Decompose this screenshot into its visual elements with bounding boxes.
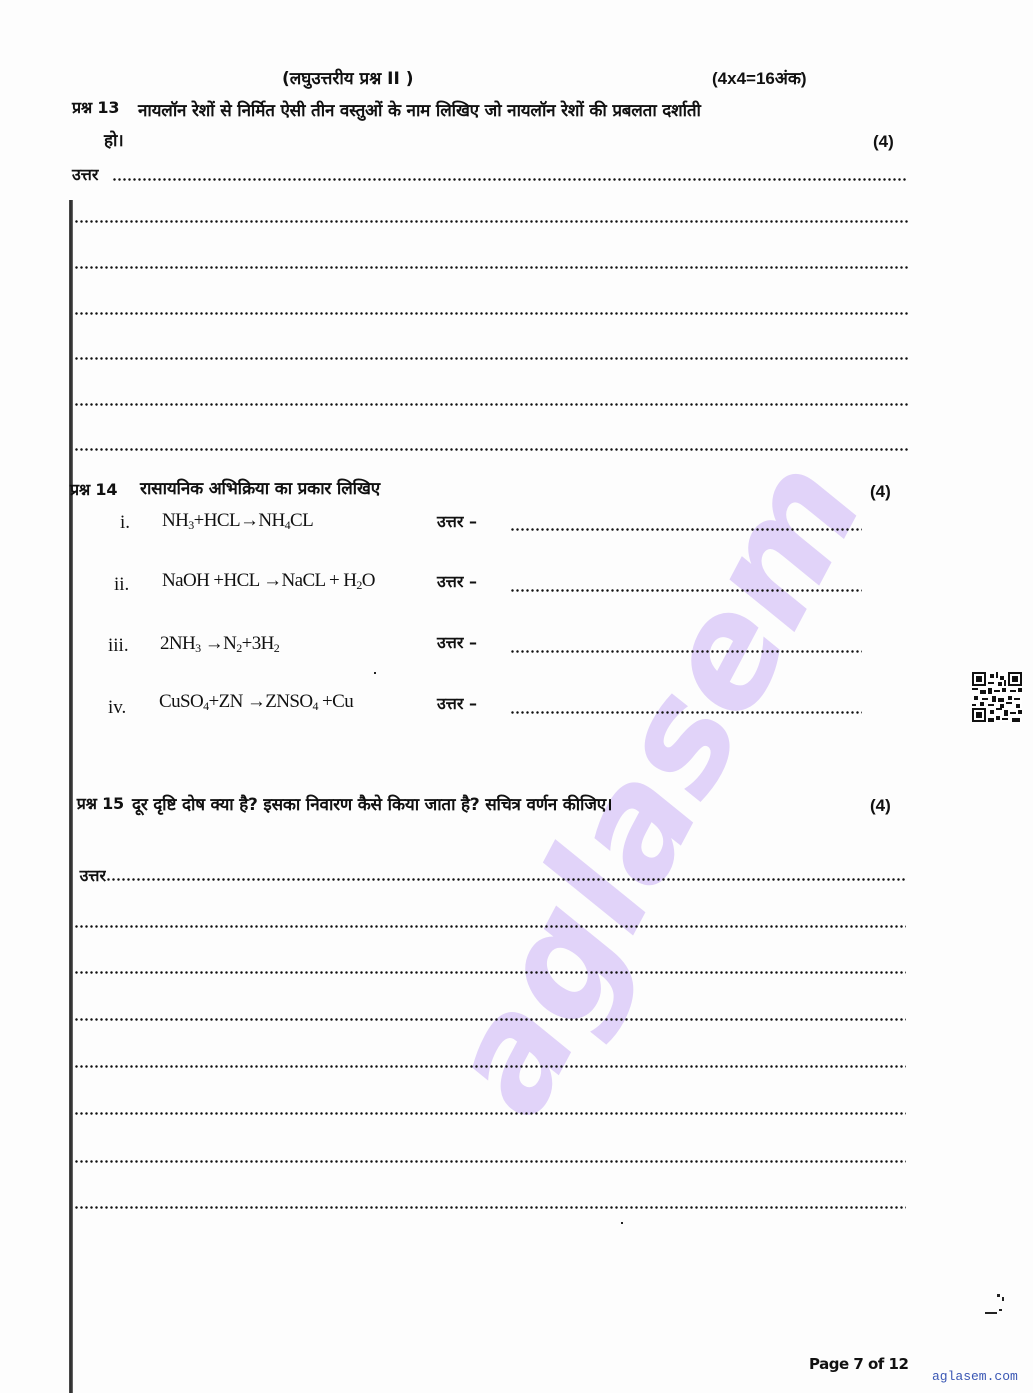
- item-ii-label: ii.: [114, 574, 129, 596]
- question-15-number: प्रश्न 15: [66, 792, 124, 814]
- question-15-marks: (4): [870, 796, 891, 816]
- answer-line[interactable]: [74, 1112, 906, 1115]
- question-13-answer-label: उत्तर: [72, 163, 98, 185]
- item-i-equation: NH3+HCL→NH4CL: [162, 510, 313, 533]
- item-ii-equation: NaOH +HCL →NaCL + H2O: [162, 570, 375, 593]
- scan-speck: [621, 1222, 623, 1224]
- item-i-answer-label: उत्तर –: [437, 510, 477, 532]
- question-13-marks: (4): [873, 132, 894, 152]
- answer-line[interactable]: [74, 971, 906, 974]
- qr-code-icon[interactable]: [972, 672, 1022, 722]
- item-iv-label: iv.: [108, 697, 126, 719]
- answer-line[interactable]: [74, 448, 908, 451]
- answer-line[interactable]: [74, 266, 908, 269]
- answer-line[interactable]: [74, 1065, 906, 1068]
- answer-line[interactable]: [106, 878, 906, 881]
- section-title: (लघुउत्तरीय प्रश्न II ): [282, 66, 414, 89]
- exam-page: aglasem (लघुउत्तरीय प्रश्न II ) (4x4=16अ…: [0, 0, 1033, 1393]
- answer-line[interactable]: [74, 403, 908, 406]
- page-number: Page 7 of 12: [809, 1355, 908, 1373]
- item-iii-answer-label: उत्तर –: [437, 631, 477, 653]
- section-marks-scheme: (4x4=16अंक): [712, 66, 807, 89]
- scan-speck: [985, 1312, 997, 1314]
- scan-speck: [374, 672, 376, 674]
- item-iv-answer-line[interactable]: [510, 711, 862, 714]
- question-14-number: प्रश्न 14: [70, 478, 117, 500]
- item-iii-equation: 2NH3 →N2+3H2: [160, 633, 279, 656]
- question-15-text: दूर दृष्टि दोष क्या है? इसका निवारण कैसे…: [132, 792, 612, 815]
- answer-line[interactable]: [74, 1206, 906, 1209]
- scan-speck: [1002, 1297, 1004, 1301]
- answer-line[interactable]: [74, 357, 908, 360]
- question-15-answer-label: उत्तर: [66, 864, 106, 886]
- item-ii-answer-line[interactable]: [510, 589, 862, 592]
- item-iv-answer-label: उत्तर –: [437, 692, 477, 714]
- scan-speck: [997, 1294, 1000, 1297]
- watermark: aglasem: [411, 433, 897, 1140]
- answer-line[interactable]: [112, 178, 908, 181]
- answer-line[interactable]: [74, 220, 908, 223]
- site-link[interactable]: aglasem.com: [932, 1369, 1018, 1384]
- answer-line[interactable]: [74, 1018, 906, 1021]
- item-iii-answer-line[interactable]: [510, 650, 862, 653]
- question-14-marks: (4): [870, 482, 891, 502]
- item-ii-answer-label: उत्तर –: [437, 570, 477, 592]
- item-iii-label: iii.: [108, 635, 129, 657]
- answer-line[interactable]: [74, 925, 906, 928]
- item-iv-equation: CuSO4+ZN →ZNSO4 +Cu: [159, 691, 353, 714]
- answer-line[interactable]: [74, 312, 908, 315]
- item-i-label: i.: [120, 512, 130, 534]
- question-14-text: रासायनिक अभिक्रिया का प्रकार लिखिए: [140, 476, 380, 499]
- question-13-number: प्रश्न 13: [72, 96, 119, 118]
- question-13-text-cont: हो।: [104, 128, 123, 151]
- scan-speck: [999, 1309, 1002, 1311]
- item-i-answer-line[interactable]: [510, 528, 862, 531]
- answer-line[interactable]: [74, 1160, 906, 1163]
- question-13-text: नायलॉन रेशों से निर्मित ऐसी तीन वस्तुओं …: [138, 98, 701, 121]
